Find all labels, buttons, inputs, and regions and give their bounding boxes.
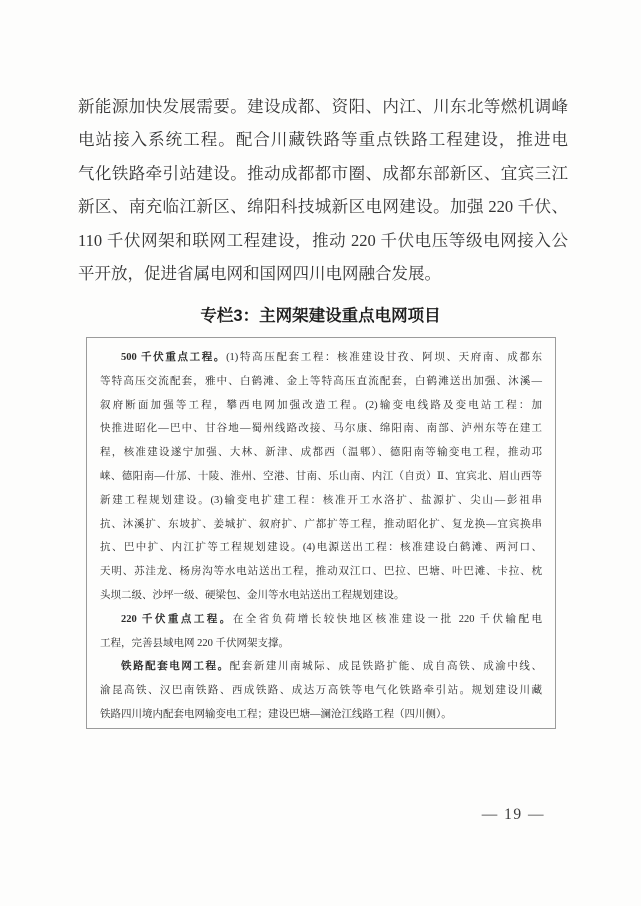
- box-line: 铁路四川境内配套电网输变电工程；建设巴塘—澜沧江线路工程（四川侧）。: [100, 703, 542, 727]
- box-line: 渝昆高铁、汉巴南铁路、西成铁路、成达万高铁等电气化铁路牵引站。规划建设川藏: [100, 679, 542, 703]
- box-line: 新建工程规划建设。(3)输变电扩建工程：核准开工水洛扩、盐源扩、尖山—彭祖串: [100, 489, 542, 513]
- box-line: 抗、沐溪扩、东坡扩、姜城扩、叙府扩、广都扩等工程，推动昭化扩、复龙换—宜宾换串: [100, 513, 542, 537]
- body-line: 气化铁路牵引站建设。推动成都都市圈、成都东部新区、宜宾三江: [78, 157, 568, 190]
- body-line: 新能源加快发展需要。建设成都、资阳、内江、川东北等燃机调峰: [78, 90, 568, 123]
- box-line: 崃、德阳南—什邡、十陵、淮州、空港、甘南、乐山南、内江（自贡）Ⅱ、宜宾北、眉山西…: [100, 465, 542, 489]
- box-line: 程，核准建设遂宁加强、大林、新津、成都西（温郫）、德阳南等输变电工程，推动邛: [100, 441, 542, 465]
- document-page: 新能源加快发展需要。建设成都、资阳、内江、川东北等燃机调峰 电站接入系统工程。配…: [0, 0, 641, 906]
- column-box: 500 千伏重点工程。(1)特高压配套工程：核准建设甘孜、阿坝、天府南、成都东 …: [86, 337, 556, 729]
- box-line: 头坝二级、沙坪一级、硬梁包、金川等水电站送出工程规划建设。: [100, 584, 542, 608]
- column-box-title: 专栏3：主网架建设重点电网项目: [0, 302, 641, 326]
- body-paragraph: 新能源加快发展需要。建设成都、资阳、内江、川东北等燃机调峰 电站接入系统工程。配…: [78, 90, 568, 290]
- body-line: 110 千伏网架和联网工程建设，推动 220 千伏电压等级电网接入公: [78, 224, 568, 257]
- box-line-text: 配套新建川南城际、成昆铁路扩能、成自高铁、成渝中线、: [230, 661, 542, 672]
- body-line: 平开放，促进省属电网和国网四川电网融合发展。: [78, 257, 568, 290]
- box-line: 快推进昭化—巴中、甘谷地—蜀州线路改接、马尔康、绵阳南、南部、泸州东等在建工: [100, 417, 542, 441]
- body-line: 新区、南充临江新区、绵阳科技城新区电网建设。加强 220 千伏、: [78, 190, 568, 223]
- box-paragraph-lead: 500 千伏重点工程。: [121, 352, 226, 363]
- box-line: 500 千伏重点工程。(1)特高压配套工程：核准建设甘孜、阿坝、天府南、成都东: [100, 346, 542, 370]
- page-number: — 19 —: [482, 806, 545, 824]
- box-line: 工程，完善县域电网 220 千伏网架支撑。: [100, 632, 542, 656]
- box-paragraph-lead: 铁路配套电网工程。: [121, 661, 230, 672]
- box-paragraph-lead: 220 千伏重点工程。: [121, 614, 233, 625]
- box-line: 抗、巴中扩、内江扩等工程规划建设。(4)电源送出工程：核准建设白鹤滩、两河口、: [100, 536, 542, 560]
- box-line-text: (1)特高压配套工程：核准建设甘孜、阿坝、天府南、成都东: [226, 352, 542, 363]
- box-line: 天明、苏洼龙、杨房沟等水电站送出工程，推动双江口、巴拉、巴塘、叶巴滩、卡拉、枕: [100, 560, 542, 584]
- box-line: 220 千伏重点工程。在全省负荷增长较快地区核准建设一批 220 千伏输配电: [100, 608, 542, 632]
- box-line-text: 在全省负荷增长较快地区核准建设一批 220 千伏输配电: [233, 614, 542, 625]
- box-line: 叙府断面加强等工程，攀西电网加强改造工程。(2)输变电线路及变电站工程：加: [100, 394, 542, 418]
- box-line: 铁路配套电网工程。配套新建川南城际、成昆铁路扩能、成自高铁、成渝中线、: [100, 655, 542, 679]
- box-line: 等特高压交流配套，雅中、白鹤滩、金上等特高压直流配套，白鹤滩送出加强、沐溪—: [100, 370, 542, 394]
- body-line: 电站接入系统工程。配合川藏铁路等重点铁路工程建设，推进电: [78, 123, 568, 156]
